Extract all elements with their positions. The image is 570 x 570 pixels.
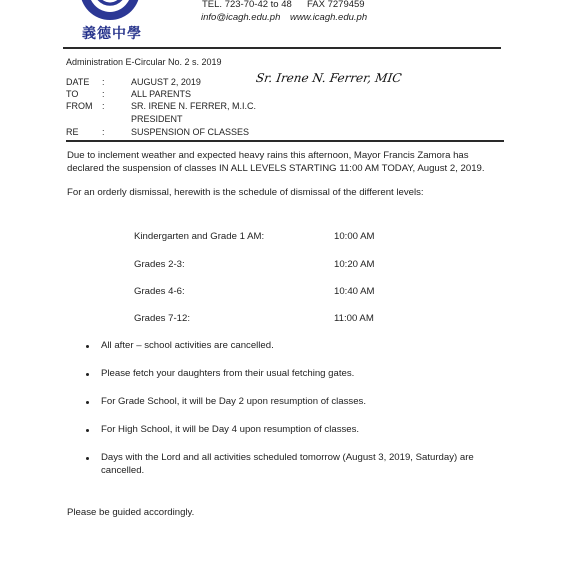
closing-line: Please be guided accordingly. bbox=[67, 507, 194, 518]
field-key-re: RE bbox=[66, 127, 79, 137]
tel-number: TEL. 723-70-42 to 48 bbox=[202, 0, 292, 10]
list-item: Please fetch your daughters from their u… bbox=[101, 368, 354, 379]
field-value-position: PRESIDENT bbox=[131, 114, 183, 124]
schedule-time: 10:00 AM bbox=[334, 231, 375, 242]
signature: Sr. Irene N. Ferrer, MIC bbox=[255, 71, 402, 85]
schedule-time: 11:00 AM bbox=[334, 313, 374, 324]
schedule-time: 10:40 AM bbox=[334, 286, 375, 297]
field-sep: : bbox=[102, 127, 105, 137]
field-key-to: TO bbox=[66, 89, 78, 99]
list-item: For High School, it will be Day 4 upon r… bbox=[101, 424, 359, 435]
bullet-icon bbox=[86, 457, 89, 460]
schedule-level: Grades 2-3: bbox=[134, 259, 185, 270]
bullet-icon bbox=[86, 373, 89, 376]
field-value-to: ALL PARENTS bbox=[131, 89, 191, 99]
fax-number: FAX 7279459 bbox=[307, 0, 365, 10]
schedule-level: Grades 4-6: bbox=[134, 286, 185, 297]
school-chinese-name: 義德中學 bbox=[82, 23, 142, 43]
list-item: For Grade School, it will be Day 2 upon … bbox=[101, 396, 366, 407]
school-seal-icon bbox=[78, 0, 142, 22]
field-sep: : bbox=[102, 77, 105, 87]
paragraph-2: For an orderly dismissal, herewith is th… bbox=[67, 187, 424, 198]
schedule-level: Kindergarten and Grade 1 AM: bbox=[134, 231, 264, 242]
paragraph-1-line-2: declared the suspension of classes IN AL… bbox=[67, 163, 485, 174]
header-divider bbox=[63, 47, 501, 49]
email-link[interactable]: info@icagh.edu.ph bbox=[201, 12, 280, 23]
field-value-from: SR. IRENE N. FERRER, M.I.C. bbox=[131, 101, 256, 111]
subject-divider bbox=[66, 140, 504, 142]
list-item: All after – school activities are cancel… bbox=[101, 340, 274, 351]
circular-title: Administration E-Circular No. 2 s. 2019 bbox=[66, 57, 222, 67]
field-key-from: FROM bbox=[66, 101, 93, 111]
paragraph-1-line-1: Due to inclement weather and expected he… bbox=[67, 150, 469, 161]
field-value-date: AUGUST 2, 2019 bbox=[131, 77, 201, 87]
schedule-time: 10:20 AM bbox=[334, 259, 375, 270]
bullet-icon bbox=[86, 401, 89, 404]
bullet-icon bbox=[86, 429, 89, 432]
field-sep: : bbox=[102, 101, 105, 111]
website-link[interactable]: www.icagh.edu.ph bbox=[290, 12, 367, 23]
schedule-level: Grades 7-12: bbox=[134, 313, 190, 324]
bullet-icon bbox=[86, 345, 89, 348]
field-key-date: DATE bbox=[66, 77, 89, 87]
list-item-line-2: cancelled. bbox=[101, 465, 144, 476]
list-item-line-1: Days with the Lord and all activities sc… bbox=[101, 452, 474, 463]
field-sep: : bbox=[102, 89, 105, 99]
field-value-re: SUSPENSION OF CLASSES bbox=[131, 127, 249, 137]
